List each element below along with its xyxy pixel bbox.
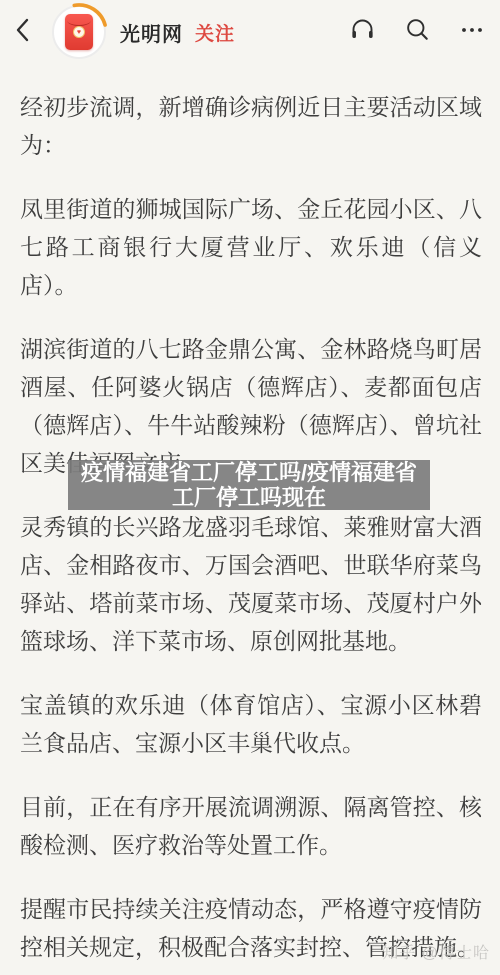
- chevron-left-icon: [12, 15, 34, 50]
- paragraph-intro: 经初步流调，新增确诊病例近日主要活动区域为：: [20, 88, 482, 164]
- paragraph-measures: 目前，正在有序开展流调溯源、隔离管控、核酸检测、医疗救治等处置工作。: [20, 788, 482, 864]
- more-button[interactable]: [458, 18, 486, 46]
- follow-button[interactable]: 关注: [195, 19, 235, 46]
- search-button[interactable]: [403, 18, 431, 46]
- progress-arc-icon: [50, 3, 108, 61]
- paragraph-lingxiu: 灵秀镇的长兴路龙盛羽毛球馆、莱雅财富大酒店、金相路夜市、万国会酒吧、世联华府菜鸟…: [20, 508, 482, 660]
- back-button[interactable]: [12, 16, 42, 48]
- watermark-overlay: 疫情福建省工厂停工吗/疫情福建省工厂停工吗现在: [68, 460, 430, 510]
- zhihu-credit-watermark: 知乎 @博士哈: [382, 940, 490, 963]
- top-app-bar: ♥ 光明网 关注: [0, 0, 500, 64]
- publisher-avatar[interactable]: ♥: [50, 3, 108, 61]
- paragraph-baogai: 宝盖镇的欢乐迪（体育馆店）、宝源小区林碧兰食品店、宝源小区丰巢代收点。: [20, 686, 482, 762]
- search-icon: [404, 16, 431, 48]
- publisher-name[interactable]: 光明网: [120, 18, 183, 47]
- more-dots-icon: [458, 16, 486, 49]
- paragraph-fengli: 凤里街道的狮城国际广场、金丘花园小区、八七路工商银行大厦营业厅、欢乐迪（信义店）…: [20, 190, 482, 304]
- listen-button[interactable]: [348, 18, 376, 46]
- headphones-icon: [349, 16, 376, 48]
- watermark-overlay-text: 疫情福建省工厂停工吗/疫情福建省工厂停工吗现在: [73, 460, 425, 510]
- article-body: 经初步流调，新增确诊病例近日主要活动区域为： 凤里街道的狮城国际广场、金丘花园小…: [0, 64, 500, 966]
